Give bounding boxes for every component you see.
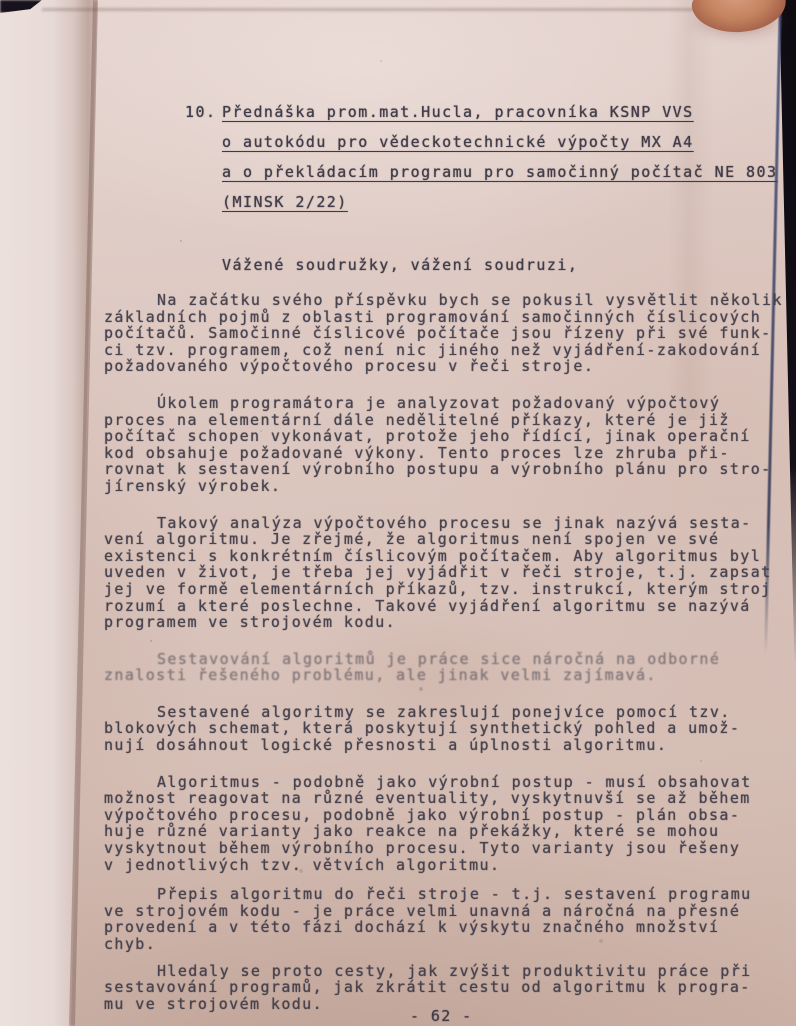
text-line: Sestavené algoritmy se zakreslují ponejv… (104, 704, 796, 721)
text-line: požadovaného výpočtového procesu v řeči … (104, 358, 796, 375)
text-line: jírenský výrobek. (104, 478, 796, 495)
text-line: Algoritmus - podobně jako výrobní postup… (104, 774, 796, 791)
text-line: vení algoritmu. Je zřejmé, že algoritmus… (104, 531, 796, 548)
paragraph: Takový analýza výpočtového procesu se ji… (104, 515, 796, 631)
paragraph: Přepis algoritmu do řeči stroje - t.j. s… (104, 886, 796, 952)
text-line: v jednotlivých tzv. větvích algoritmu. (104, 857, 796, 874)
text-line: Hledaly se proto cesty, jak zvýšit produ… (104, 963, 796, 980)
text-line: výpočtového procesu, podobně jako výrobn… (104, 807, 796, 824)
text-line: existenci s konkrétním číslicovým počíta… (104, 548, 796, 565)
heading-lines: Přednáška prom.mat.Hucla, pracovníka KSN… (222, 97, 785, 217)
text-line: počítačů. Samočinné číslicové počítače j… (104, 325, 796, 342)
text-line: vyskytnout během výrobního procesu. Tyto… (104, 840, 796, 857)
document-heading: 10. Přednáška prom.mat.Hucla, pracovníka… (185, 97, 785, 217)
text-line: rovnat k sestavení výrobního postupu a v… (104, 461, 796, 478)
text-line: provedení a v této fázi dochází k výskyt… (104, 919, 796, 936)
heading-line: a o překládacím programu pro samočinný p… (222, 157, 785, 187)
paragraph: Sestavování algoritmů je práce sice náro… (104, 651, 796, 684)
paragraph: Na začátku svého příspěvku bych se pokus… (104, 292, 796, 375)
text-line: proces na elementární dále nedělitelné p… (104, 412, 796, 429)
text-line: ve strojovém kodu - je práce velmi unavn… (104, 903, 796, 920)
text-line: kod obsahuje požadované výkony. Tento pr… (104, 445, 796, 462)
text-line: ci tzv. programem, což není nic jiného n… (104, 342, 796, 359)
text-line: chyb. (104, 936, 796, 953)
text-line: znalosti řešeného problému, ale jinak ve… (104, 667, 796, 684)
text-line: počítač schopen vykonávat, protože jeho … (104, 428, 796, 445)
heading-line: (MINSK 2/22) (222, 187, 785, 217)
text-line: Takový analýza výpočtového procesu se ji… (104, 515, 796, 532)
text-line: huje různé varianty jako reakce na překá… (104, 823, 796, 840)
heading-line: o autokódu pro vědeckotechnické výpočty … (222, 127, 785, 157)
text-line: rozumí a které poslechne. Takové vyjádře… (104, 598, 796, 615)
paragraph: Sestavené algoritmy se zakreslují ponejv… (104, 704, 796, 754)
text-line: Přepis algoritmu do řeči stroje - t.j. s… (104, 886, 796, 903)
text-line: blokových schemat, která poskytují synth… (104, 720, 796, 737)
text-line: sestavování programů, jak zkrátit cestu … (104, 979, 796, 996)
text-line: jej ve formě elementárních příkazů, tzv.… (104, 581, 796, 598)
page-number: - 62 - (410, 1007, 530, 1025)
page-top-edge-shadow (42, 8, 732, 11)
text-line: Úkolem programátora je analyzovat požado… (104, 395, 796, 412)
photo-of-document: 10. Přednáška prom.mat.Hucla, pracovníka… (0, 0, 796, 1026)
paragraph: Algoritmus - podobně jako výrobní postup… (104, 774, 796, 874)
heading-number: 10. (185, 97, 216, 127)
paragraph: Úkolem programátora je analyzovat požado… (104, 395, 796, 495)
heading-line: Přednáška prom.mat.Hucla, pracovníka KSN… (222, 97, 785, 127)
body-paragraphs: Na začátku svého příspěvku bych se pokus… (104, 292, 796, 1026)
text-line: Na začátku svého příspěvku bych se pokus… (104, 292, 796, 309)
text-line: základních pojmů z oblasti programování … (104, 309, 796, 326)
text-line: možnost reagovat na různé eventuality, v… (104, 790, 796, 807)
text-line: nují dosáhnout logické přesnosti a úplno… (104, 737, 796, 754)
text-line: Sestavování algoritmů je práce sice náro… (104, 651, 796, 668)
text-line: uveden v život, je třeba jej vyjádřit v … (104, 564, 796, 581)
text-line: programem ve strojovém kodu. (104, 614, 796, 631)
salutation: Vážené soudružky, vážení soudruzi, (222, 256, 578, 274)
paragraph: Hledaly se proto cesty, jak zvýšit produ… (104, 963, 796, 1013)
